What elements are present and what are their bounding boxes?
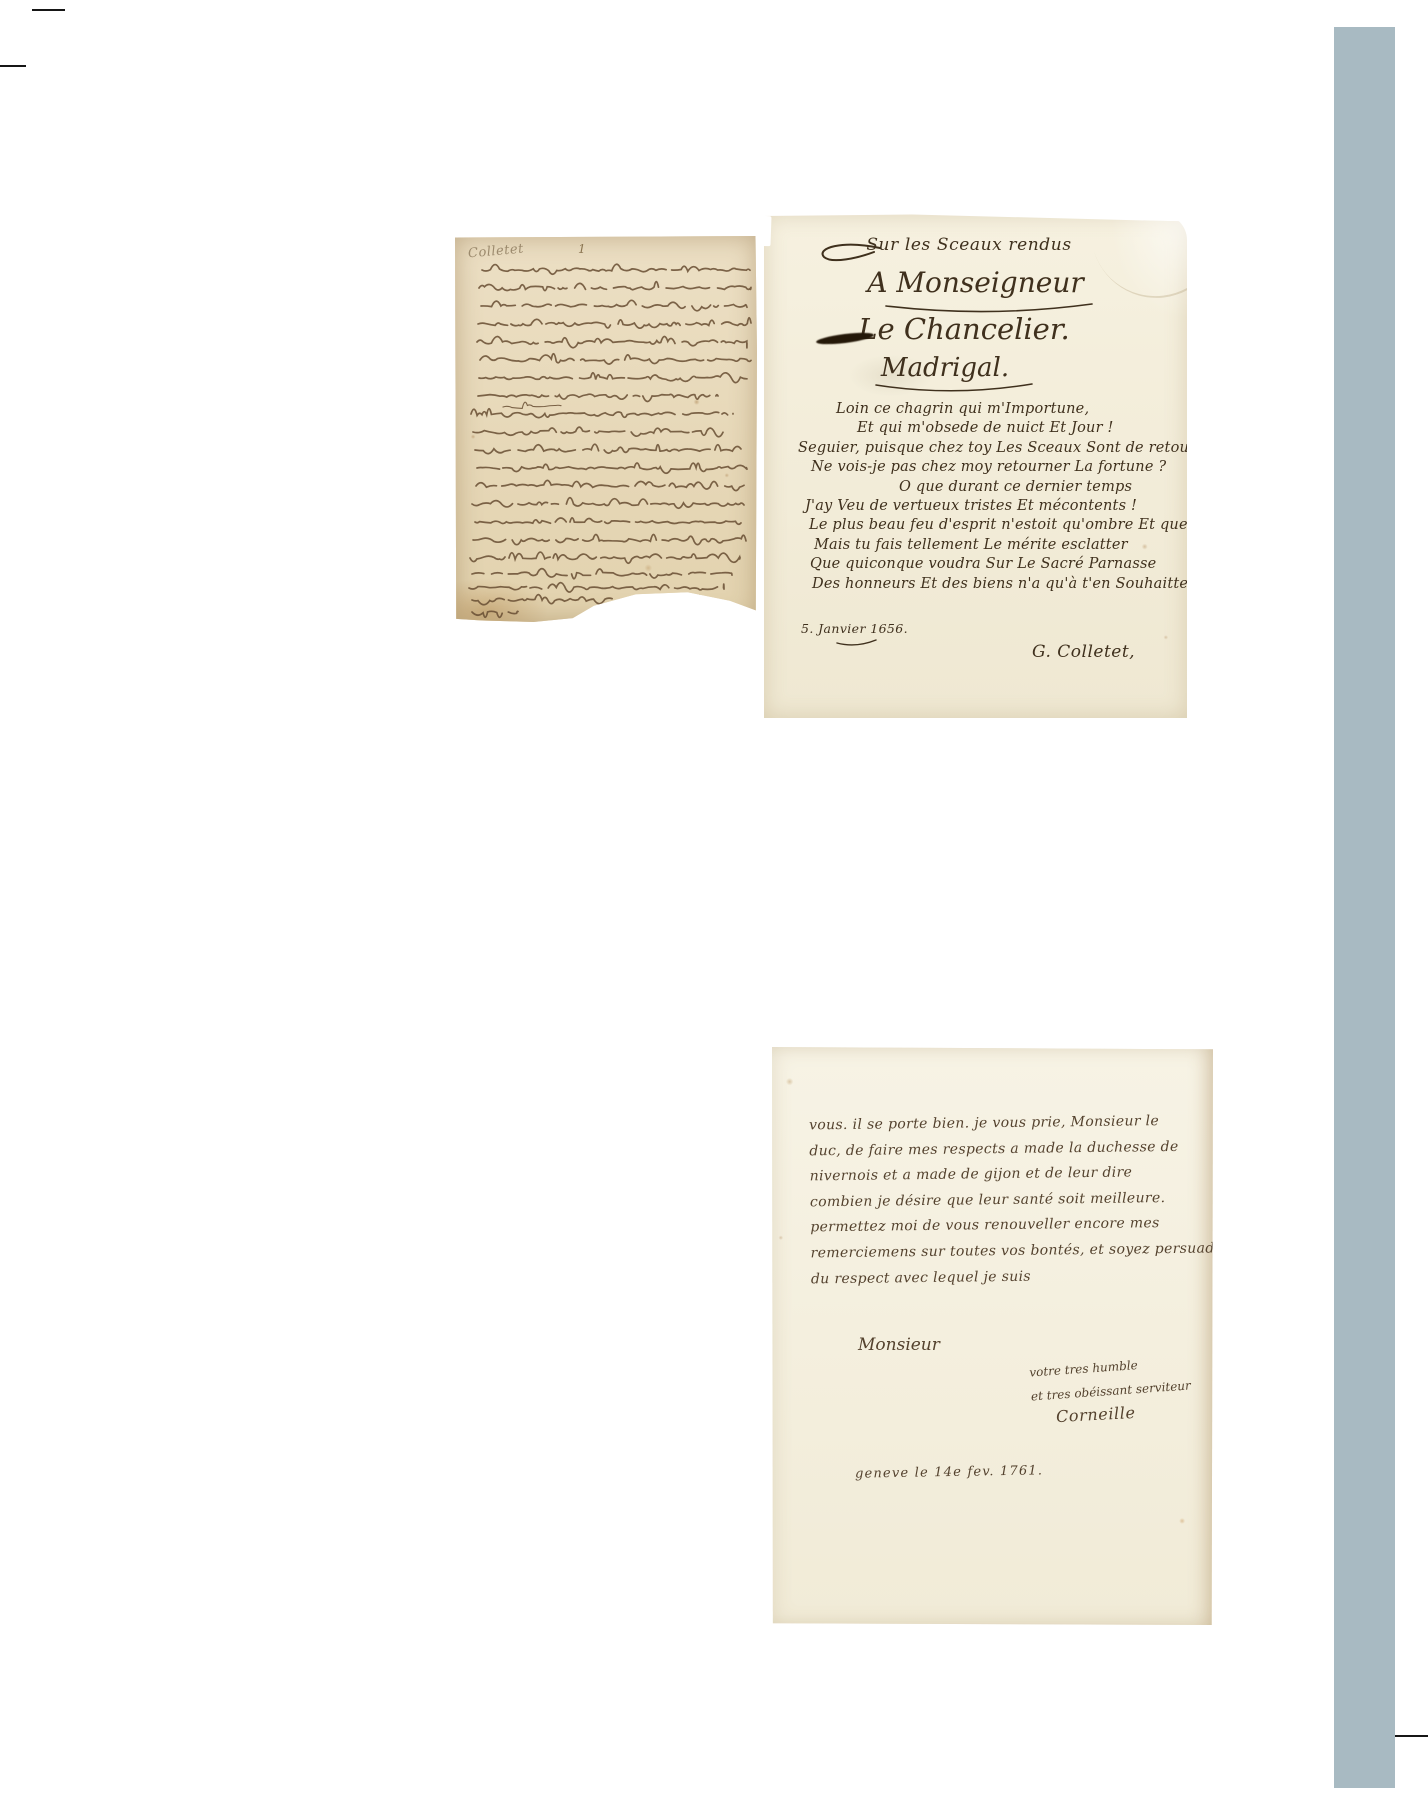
handwriting-line <box>478 318 751 328</box>
handwriting-line <box>480 354 751 364</box>
manuscript-letter: vous. il se porte bien. je vous prie, Mo… <box>772 1047 1213 1625</box>
poem-line: Des honneurs Et des biens n'a qu'à t'en … <box>812 575 1180 594</box>
madrigal-title: Sur les Sceaux rendus <box>804 235 1134 255</box>
handwriting-line <box>503 402 561 408</box>
poem-line: Et qui m'obsede de nuict Et Jour ! <box>857 419 1180 438</box>
poem-line: Mais tu fais tellement Le mérite esclatt… <box>814 536 1180 555</box>
handwriting-line <box>482 264 750 274</box>
crop-mark-top-left-a <box>32 9 65 11</box>
manuscript-madrigal: Sur les Sceaux rendus A Monseigneur Le C… <box>764 214 1187 718</box>
letter-line: du respect avec lequel je suis <box>811 1262 1203 1292</box>
handwriting-line <box>475 444 741 453</box>
crop-mark-top-left-b <box>0 65 26 67</box>
letter-closing: votre tres humbleet tres obéissant servi… <box>1029 1349 1192 1408</box>
madrigal-signature: G. Colletet, <box>1032 642 1135 662</box>
poem-line: O que durant ce dernier temps <box>899 478 1180 497</box>
madrigal-subtitle: Madrigal. <box>764 353 1126 383</box>
catalog-page: Colletet 1 Sur les Sceaux rendus A Monse… <box>0 0 1428 1799</box>
poem-line: Loin ce chagrin qui m'Importune, <box>836 400 1180 419</box>
madrigal-poem: Loin ce chagrin qui m'Importune,Et qui m… <box>798 400 1180 594</box>
handwriting-line <box>476 480 744 490</box>
handwriting-line <box>472 595 707 605</box>
letter-line: remerciemens sur toutes vos bontés, et s… <box>810 1237 1202 1267</box>
letter-dateline: geneve le 14e fev. 1761. <box>855 1463 1043 1481</box>
poem-line: Que quiconque voudra Sur Le Sacré Parnas… <box>810 555 1180 574</box>
epigram-handwriting <box>455 236 757 622</box>
letter-salutation: Monsieur <box>858 1335 940 1355</box>
handwriting-line <box>473 534 746 544</box>
date-underline <box>836 638 878 648</box>
madrigal-date: 5. Janvier 1656. <box>801 621 908 636</box>
poem-line: Le plus beau feu d'esprit n'estoit qu'om… <box>809 516 1180 535</box>
poem-line: Ne vois-je pas chez moy retourner La for… <box>811 458 1180 477</box>
letter-line: duc, de faire mes respects a made la duc… <box>809 1134 1201 1164</box>
handwriting-line <box>477 463 747 473</box>
handwriting-line <box>479 282 751 291</box>
madrigal-addressee: A Monseigneur <box>764 266 1187 299</box>
manuscript-epigram: Colletet 1 <box>455 236 757 622</box>
mount-tab <box>756 216 771 246</box>
handwriting-line <box>472 611 518 617</box>
handwriting-line <box>477 336 747 347</box>
handwriting-line <box>478 394 718 401</box>
handwriting-line <box>475 518 741 524</box>
letter-body: vous. il se porte bien. je vous prie, Mo… <box>809 1109 1203 1293</box>
poem-line: Seguier, puisque chez toy Les Sceaux Son… <box>798 439 1180 458</box>
letter-signature: Corneille <box>1056 1403 1136 1426</box>
handwriting-line <box>473 427 723 437</box>
accent-bar <box>1334 27 1395 1788</box>
handwriting-line <box>471 409 733 418</box>
crop-mark-bottom-right <box>1395 1735 1428 1737</box>
handwriting-line <box>469 583 724 592</box>
subtitle-flourish <box>874 382 1034 396</box>
handwriting-line <box>472 498 744 509</box>
poem-line: J'ay Veu de vertueux tristes Et méconten… <box>805 497 1180 516</box>
handwriting-line <box>481 300 747 311</box>
handwriting-line <box>470 552 740 563</box>
handwriting-line <box>479 373 747 383</box>
handwriting-line <box>472 569 732 579</box>
